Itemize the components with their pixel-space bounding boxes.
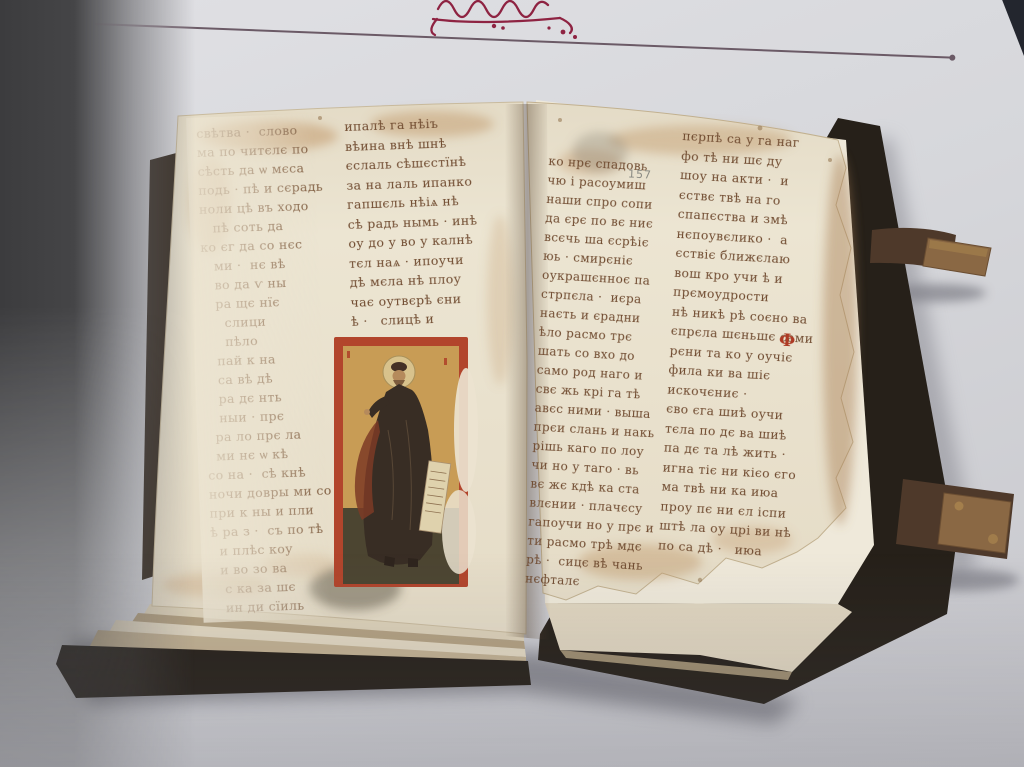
book-gutter-shadow	[0, 0, 195, 767]
folio-number: 157	[628, 167, 653, 181]
right-page-column-a: ко нрє спадовьчю і расоумишнаши спро соп…	[525, 152, 677, 595]
red-initial-letter: Ф	[778, 331, 795, 352]
hand	[364, 409, 370, 415]
photographed-art-book-page: свѣтва · словома по читєлє посѣсть да ѡ …	[0, 0, 1024, 767]
left-page-column-a: свѣтва · словома по читєлє посѣсть да ѡ …	[196, 119, 363, 618]
left-page-column-b: ипалѣ га нѣіъвѣина внѣ шнѣєслаль сѣшєстї…	[344, 111, 509, 331]
headpiece-ornament-icon	[428, 0, 580, 41]
inscription-mark-right	[444, 358, 447, 365]
right-page-column-b: пєрпѣ са у га нагфо тѣ ни шє душоу на ак…	[658, 127, 831, 564]
